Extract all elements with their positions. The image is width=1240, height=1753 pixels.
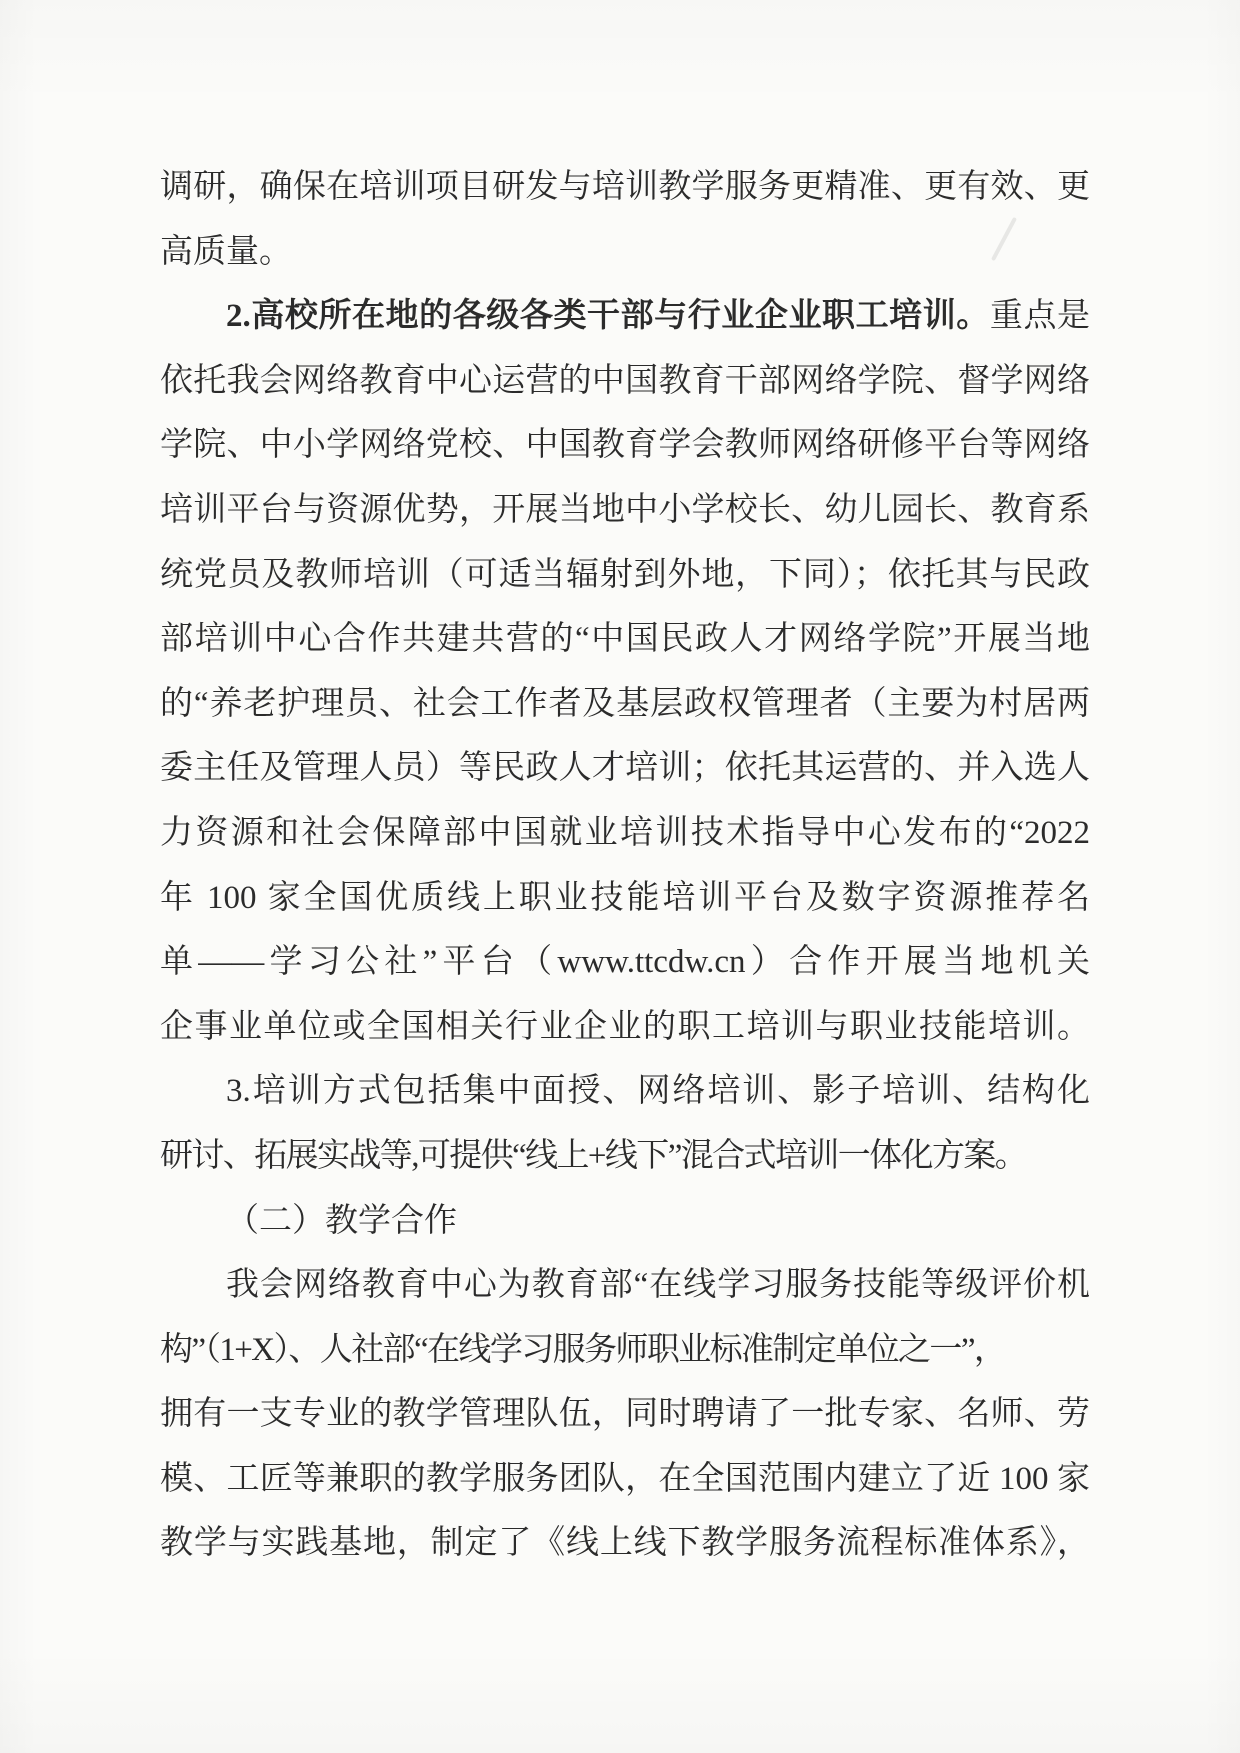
text-line: 2.高校所在地的各级各类干部与行业企业职工培训。重点是 (160, 284, 1090, 349)
text-line: 的“养老护理员、社会工作者及基层政权管理者（主要为村居两 (160, 672, 1090, 737)
text-line: 高质量。 (160, 220, 1090, 285)
text-segment: 依托我会网络教育中心运营的中国教育干部网络学院、督学网络 (160, 363, 1090, 399)
document-page: 调研，确保在培训项目研发与培训教学服务更精准、更有效、更高质量。2.高校所在地的… (0, 0, 1240, 1753)
text-line: 构”（1+X）、人社部“在线学习服务师职业标准制定单位之一”， (160, 1318, 1090, 1383)
text-line: 年 100 家全国优质线上职业技能培训平台及数字资源推荐名 (160, 866, 1090, 931)
text-segment: 3.培训方式包括集中面授、网络培训、影子培训、结构化 (226, 1073, 1090, 1109)
text-segment: 研讨、拓展实战等,可提供“线上+线下”混合式培训一体化方案。 (160, 1138, 1026, 1174)
bold-text-segment: 2.高校所在地的各级各类干部与行业企业职工培训。 (226, 298, 990, 334)
text-line: 拥有一支专业的教学管理队伍，同时聘请了一批专家、名师、劳 (160, 1382, 1090, 1447)
text-segment: 力资源和社会保障部中国就业培训技术指导中心发布的“2022 (160, 815, 1090, 851)
text-line: 委主任及管理人员）等民政人才培训；依托其运营的、并入选人 (160, 736, 1090, 801)
text-line: 部培训中心合作共建共营的“中国民政人才网络学院”开展当地 (160, 607, 1090, 672)
text-line: 3.培训方式包括集中面授、网络培训、影子培训、结构化 (160, 1059, 1090, 1124)
text-line: （二）教学合作 (160, 1189, 1090, 1254)
document-body: 调研，确保在培训项目研发与培训教学服务更精准、更有效、更高质量。2.高校所在地的… (160, 155, 1090, 1576)
text-line: 单——学习公社”平台（www.ttcdw.cn）合作开展当地机关 (160, 930, 1090, 995)
text-line: 企事业单位或全国相关行业企业的职工培训与职业技能培训。 (160, 995, 1090, 1060)
text-line: 调研，确保在培训项目研发与培训教学服务更精准、更有效、更 (160, 155, 1090, 220)
text-segment: 构”（1+X）、人社部“在线学习服务师职业标准制定单位之一”， (160, 1332, 1005, 1368)
text-segment: （二）教学合作 (226, 1203, 457, 1239)
text-line: 依托我会网络教育中心运营的中国教育干部网络学院、督学网络 (160, 349, 1090, 414)
text-segment: 模、工匠等兼职的教学服务团队，在全国范围内建立了近 100 家 (160, 1461, 1090, 1497)
text-line: 力资源和社会保障部中国就业培训技术指导中心发布的“2022 (160, 801, 1090, 866)
text-segment: 统党员及教师培训（可适当辐射到外地，下同）；依托其与民政 (160, 557, 1090, 593)
text-segment: 委主任及管理人员）等民政人才培训；依托其运营的、并入选人 (160, 750, 1090, 786)
text-segment: 我会网络教育中心为教育部“在线学习服务技能等级评价机 (226, 1267, 1090, 1303)
text-line: 学院、中小学网络党校、中国教育学会教师网络研修平台等网络 (160, 413, 1090, 478)
text-line: 统党员及教师培训（可适当辐射到外地，下同）；依托其与民政 (160, 543, 1090, 608)
text-segment: 重点是 (990, 298, 1090, 334)
text-segment: 学院、中小学网络党校、中国教育学会教师网络研修平台等网络 (160, 427, 1090, 463)
text-segment: 教学与实践基地，制定了《线上线下教学服务流程标准体系》， (160, 1525, 1090, 1561)
text-line: 教学与实践基地，制定了《线上线下教学服务流程标准体系》， (160, 1511, 1090, 1576)
text-segment: 年 100 家全国优质线上职业技能培训平台及数字资源推荐名 (160, 880, 1090, 916)
text-segment: 的“养老护理员、社会工作者及基层政权管理者（主要为村居两 (160, 686, 1090, 722)
text-segment: 企事业单位或全国相关行业企业的职工培训与职业技能培训。 (160, 1009, 1090, 1045)
text-line: 我会网络教育中心为教育部“在线学习服务技能等级评价机 (160, 1253, 1090, 1318)
text-segment: 调研，确保在培训项目研发与培训教学服务更精准、更有效、更 (160, 169, 1090, 205)
text-segment: 单——学习公社”平台（www.ttcdw.cn）合作开展当地机关 (160, 944, 1090, 980)
text-segment: 高质量。 (160, 234, 292, 270)
text-segment: 部培训中心合作共建共营的“中国民政人才网络学院”开展当地 (160, 621, 1090, 657)
text-segment: 拥有一支专业的教学管理队伍，同时聘请了一批专家、名师、劳 (160, 1396, 1090, 1432)
text-segment: 培训平台与资源优势，开展当地中小学校长、幼儿园长、教育系 (160, 492, 1090, 528)
text-line: 模、工匠等兼职的教学服务团队，在全国范围内建立了近 100 家 (160, 1447, 1090, 1512)
text-line: 研讨、拓展实战等,可提供“线上+线下”混合式培训一体化方案。 (160, 1124, 1090, 1189)
text-line: 培训平台与资源优势，开展当地中小学校长、幼儿园长、教育系 (160, 478, 1090, 543)
